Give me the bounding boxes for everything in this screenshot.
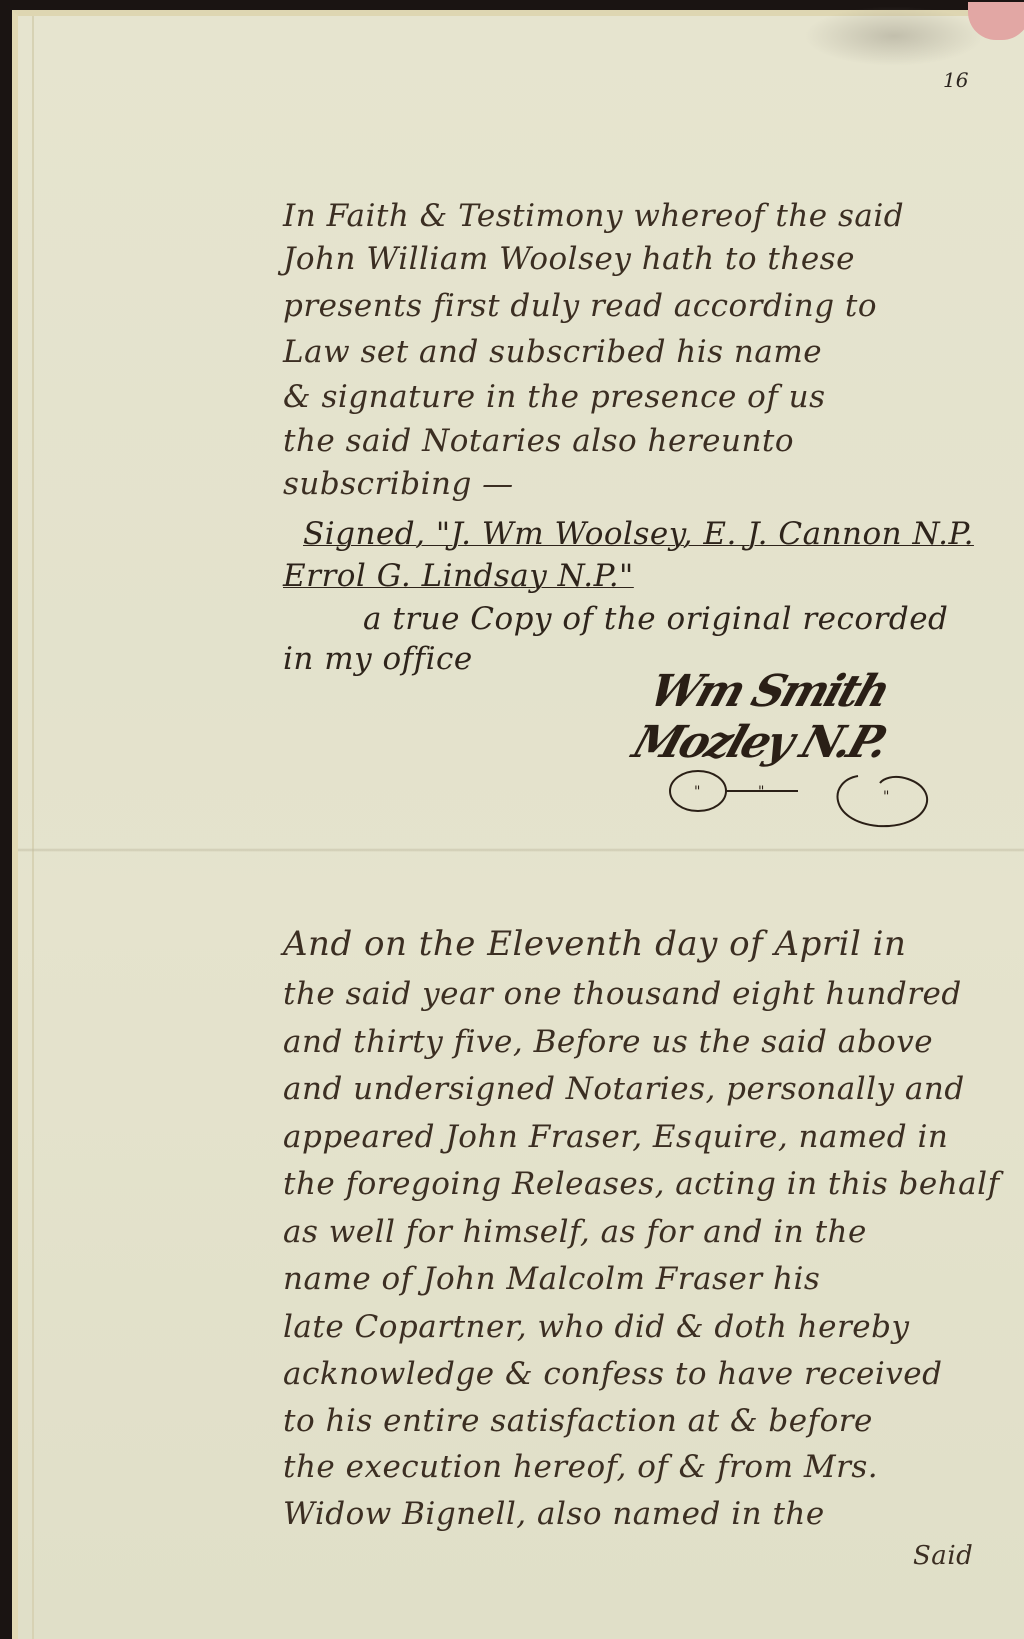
text-line: acknowledge & confess to have received <box>283 1356 943 1392</box>
text-line: the foregoing Releases, acting in this b… <box>283 1166 1000 1202</box>
signed-line: Errol G. Lindsay N.P." <box>283 558 634 594</box>
svg-text:": " <box>883 789 889 805</box>
text-line: Law set and subscribed his name <box>283 334 822 370</box>
page-fold-line <box>18 848 1024 852</box>
page-number: 16 <box>943 68 968 92</box>
shadow <box>804 6 984 66</box>
certification-line: in my office <box>283 641 473 677</box>
text-line: And on the Eleventh day of April in <box>283 924 906 964</box>
svg-text:": " <box>694 784 700 800</box>
text-line: name of John Malcolm Fraser his <box>283 1261 820 1297</box>
text-line: & signature in the presence of us <box>283 379 826 415</box>
text-line: Widow Bignell, also named in the <box>283 1496 825 1532</box>
text-line: as well for himself, as for and in the <box>283 1214 867 1250</box>
notary-signature: Wm Smith Mozley N.P. <box>626 666 1024 768</box>
signed-line: Signed, "J. Wm Woolsey, E. J. Cannon N.P… <box>303 516 974 552</box>
text-line: presents first duly read according to <box>283 288 877 324</box>
manuscript-page: 16 In Faith & Testimony whereof the said… <box>12 10 1024 1639</box>
text-line: the said Notaries also hereunto <box>283 423 794 459</box>
text-line: the execution hereof, of & from Mrs. <box>283 1449 878 1485</box>
svg-text:": " <box>758 784 764 800</box>
certification-line: a true Copy of the original recorded <box>363 601 948 637</box>
text-line: to his entire satisfaction at & before <box>283 1403 873 1439</box>
text-line: appeared John Fraser, Esquire, named in <box>283 1119 948 1155</box>
text-line: the said year one thousand eight hundred <box>283 976 962 1012</box>
text-line: In Faith & Testimony whereof the said <box>283 198 904 234</box>
text-line: and thirty five, Before us the said abov… <box>283 1024 933 1060</box>
catchword: Said <box>913 1541 973 1571</box>
text-line: John William Woolsey hath to these <box>283 241 855 277</box>
text-line: subscribing — <box>283 466 514 502</box>
signature-flourish-icon: " " " <box>658 761 948 841</box>
text-line: late Copartner, who did & doth hereby <box>283 1309 910 1345</box>
text-line: and undersigned Notaries, personally and <box>283 1071 965 1107</box>
